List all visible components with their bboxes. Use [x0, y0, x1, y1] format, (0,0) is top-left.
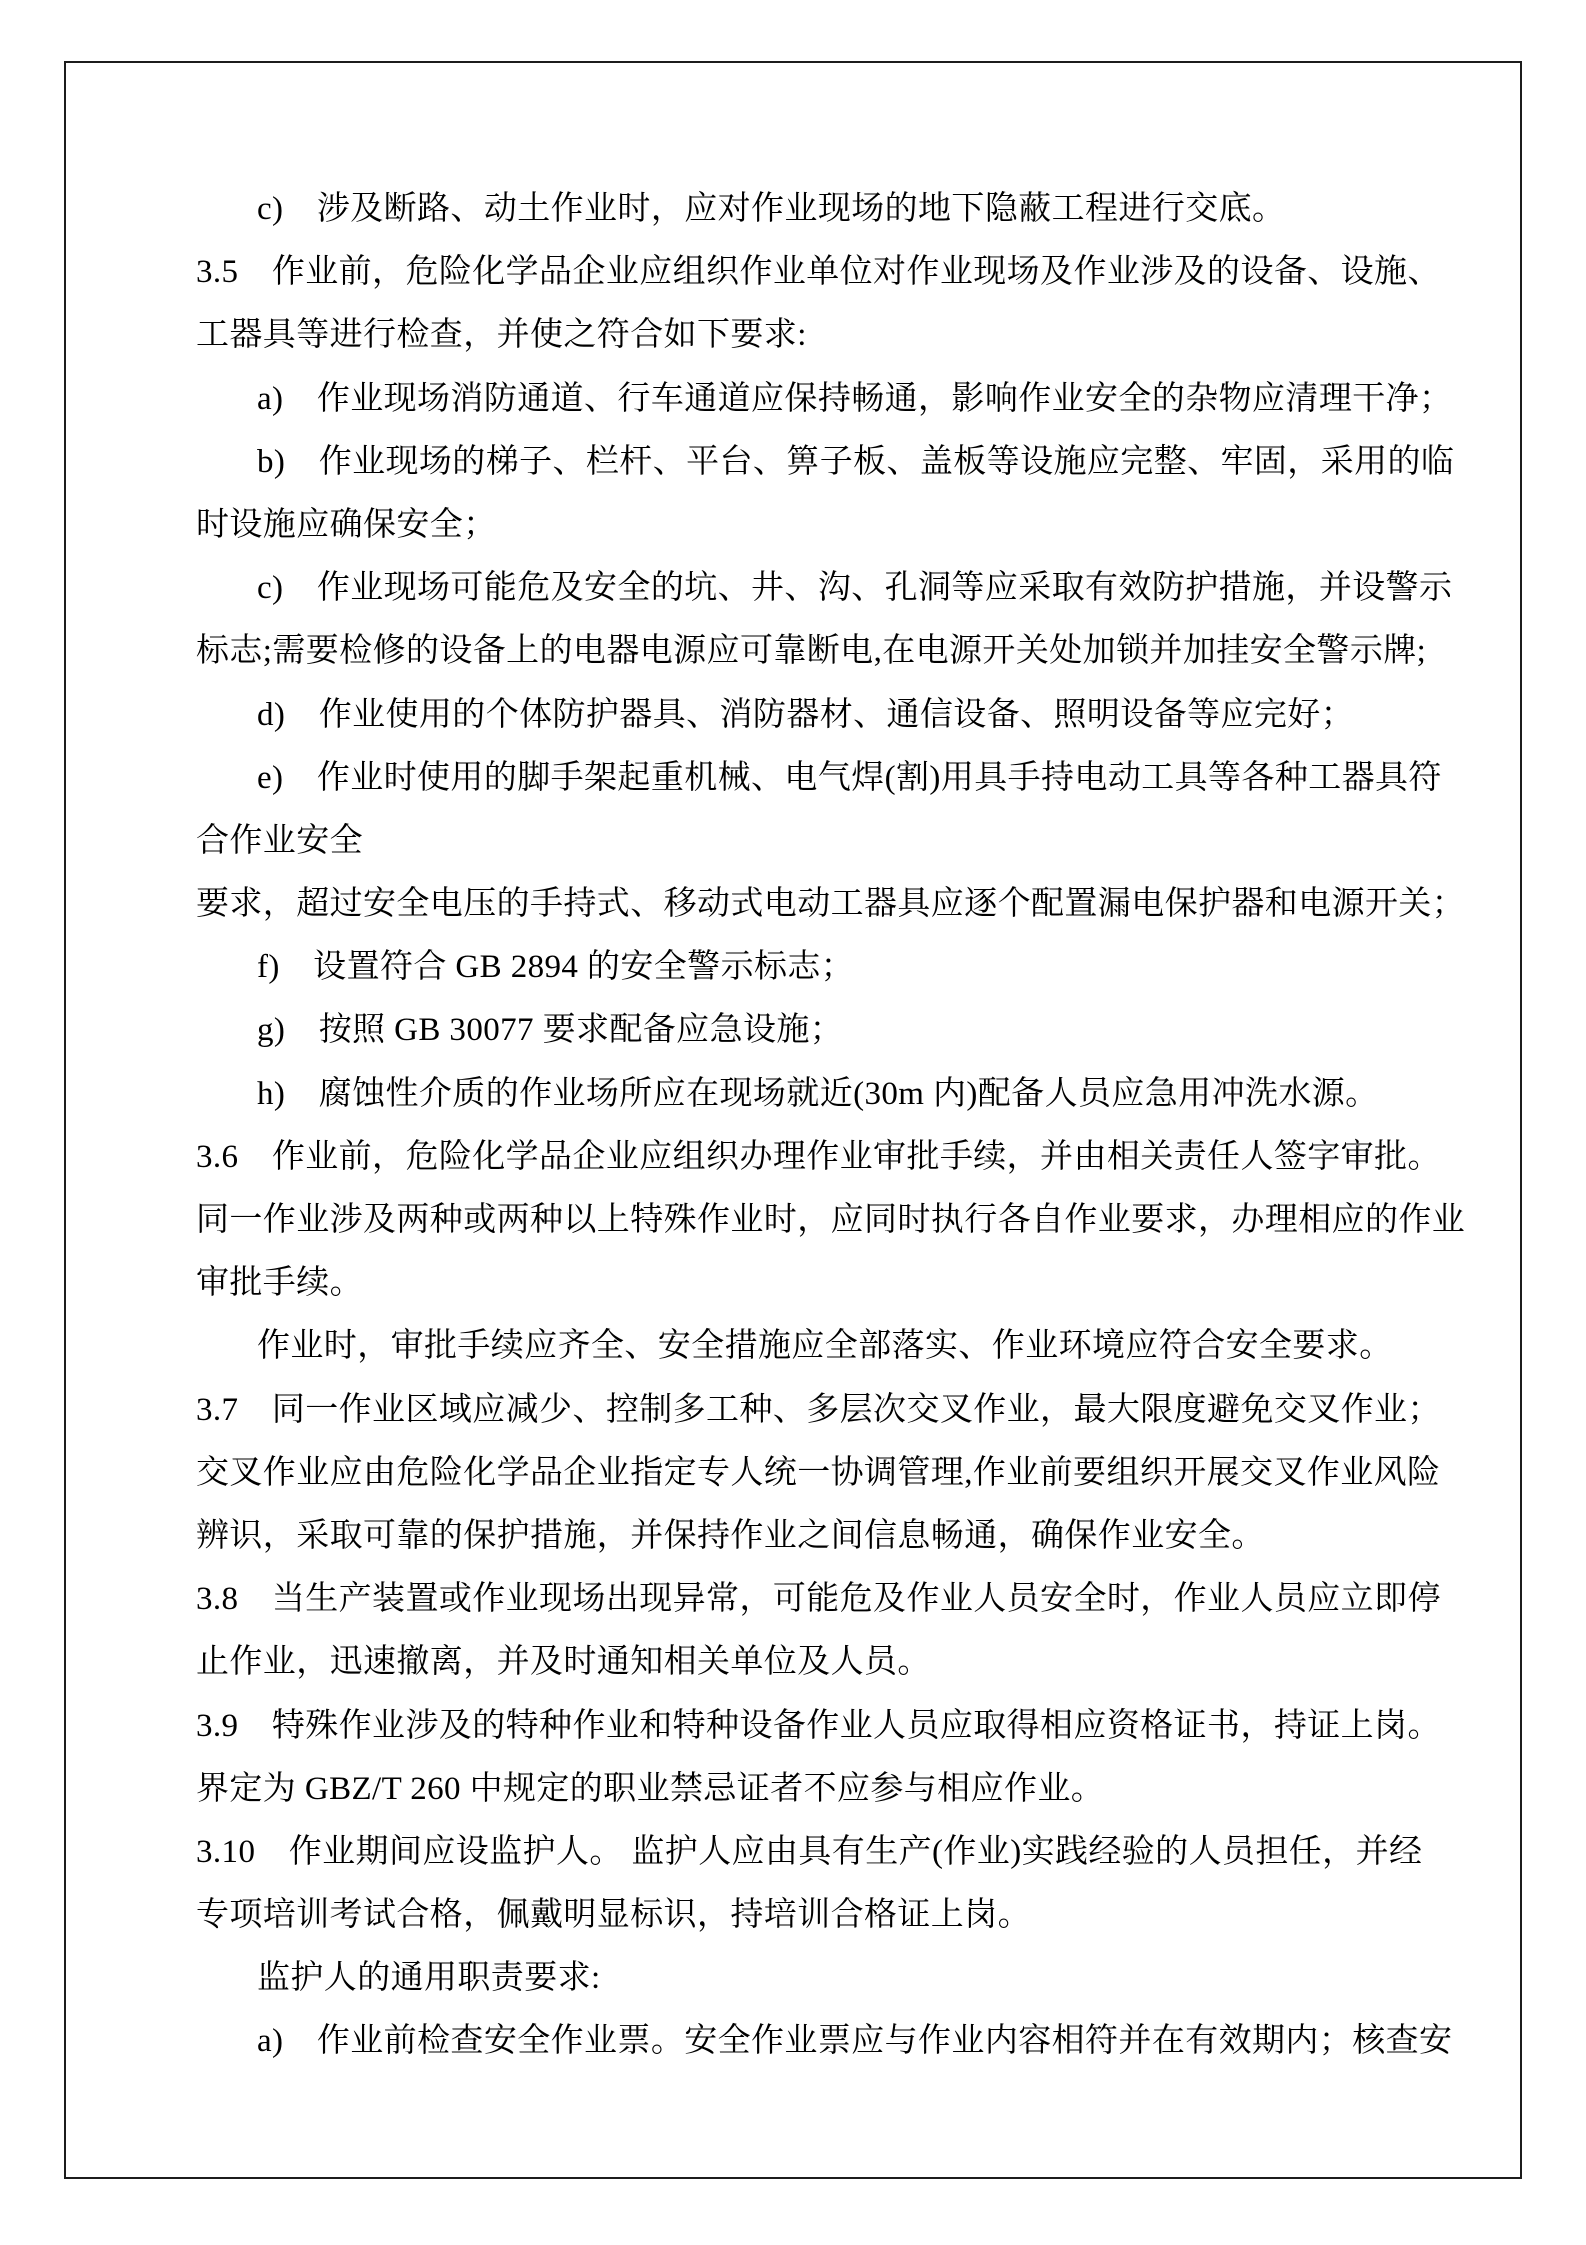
text-line: 界定为 GBZ/T 260 中规定的职业禁忌证者不应参与相应作业。	[196, 1758, 1468, 1821]
text-line: d) 作业使用的个体防护器具、消防器材、通信设备、照明设备等应完好；	[196, 684, 1468, 747]
text-line: 合作业安全	[196, 810, 1468, 873]
text-line: 监护人的通用职责要求:	[196, 1947, 1468, 2010]
text-line: a) 作业现场消防通道、行车通道应保持畅通，影响作业安全的杂物应清理干净；	[196, 368, 1468, 431]
text-line: 工器具等进行检查，并使之符合如下要求:	[196, 304, 1468, 367]
text-line: c) 涉及断路、动土作业时，应对作业现场的地下隐蔽工程进行交底。	[196, 178, 1468, 241]
text-line: b) 作业现场的梯子、栏杆、平台、箅子板、盖板等设施应完整、牢固，采用的临	[196, 431, 1468, 494]
text-line: 辨识，采取可靠的保护措施，并保持作业之间信息畅通，确保作业安全。	[196, 1505, 1468, 1568]
text-line: c) 作业现场可能危及安全的坑、井、沟、孔洞等应采取有效防护措施，并设警示	[196, 557, 1468, 620]
text-line: 作业时，审批手续应齐全、安全措施应全部落实、作业环境应符合安全要求。	[196, 1315, 1468, 1378]
text-line: 3.10 作业期间应设监护人。 监护人应由具有生产(作业)实践经验的人员担任，并…	[196, 1821, 1468, 1884]
text-line: 审批手续。	[196, 1252, 1468, 1315]
text-line: a) 作业前检查安全作业票。安全作业票应与作业内容相符并在有效期内；核查安	[196, 2010, 1468, 2073]
text-line: 3.7 同一作业区域应减少、控制多工种、多层次交叉作业，最大限度避免交叉作业；	[196, 1379, 1468, 1442]
text-line: 止作业，迅速撤离，并及时通知相关单位及人员。	[196, 1631, 1468, 1694]
text-line: 同一作业涉及两种或两种以上特殊作业时，应同时执行各自作业要求，办理相应的作业	[196, 1189, 1468, 1252]
text-line: 时设施应确保安全；	[196, 494, 1468, 557]
text-line: 交叉作业应由危险化学品企业指定专人统一协调管理,作业前要组织开展交叉作业风险	[196, 1442, 1468, 1505]
text-line: 3.5 作业前，危险化学品企业应组织作业单位对作业现场及作业涉及的设备、设施、	[196, 241, 1468, 304]
text-line: 要求，超过安全电压的手持式、移动式电动工器具应逐个配置漏电保护器和电源开关；	[196, 873, 1468, 936]
text-line: f) 设置符合 GB 2894 的安全警示标志；	[196, 936, 1468, 999]
text-line: 标志;需要检修的设备上的电器电源应可靠断电,在电源开关处加锁并加挂安全警示牌;	[196, 620, 1468, 683]
text-line: e) 作业时使用的脚手架起重机械、电气焊(割)用具手持电动工具等各种工器具符	[196, 747, 1468, 810]
text-line: g) 按照 GB 30077 要求配备应急设施；	[196, 999, 1468, 1062]
text-line: 3.8 当生产装置或作业现场出现异常，可能危及作业人员安全时，作业人员应立即停	[196, 1568, 1468, 1631]
text-line: h) 腐蚀性介质的作业场所应在现场就近(30m 内)配备人员应急用冲洗水源。	[196, 1063, 1468, 1126]
text-line: 3.9 特殊作业涉及的特种作业和特种设备作业人员应取得相应资格证书，持证上岗。	[196, 1695, 1468, 1758]
document-body-text: c) 涉及断路、动土作业时，应对作业现场的地下隐蔽工程进行交底。3.5 作业前，…	[196, 178, 1468, 2074]
text-line: 3.6 作业前，危险化学品企业应组织办理作业审批手续，并由相关责任人签字审批。	[196, 1126, 1468, 1189]
text-line: 专项培训考试合格，佩戴明显标识，持培训合格证上岗。	[196, 1884, 1468, 1947]
